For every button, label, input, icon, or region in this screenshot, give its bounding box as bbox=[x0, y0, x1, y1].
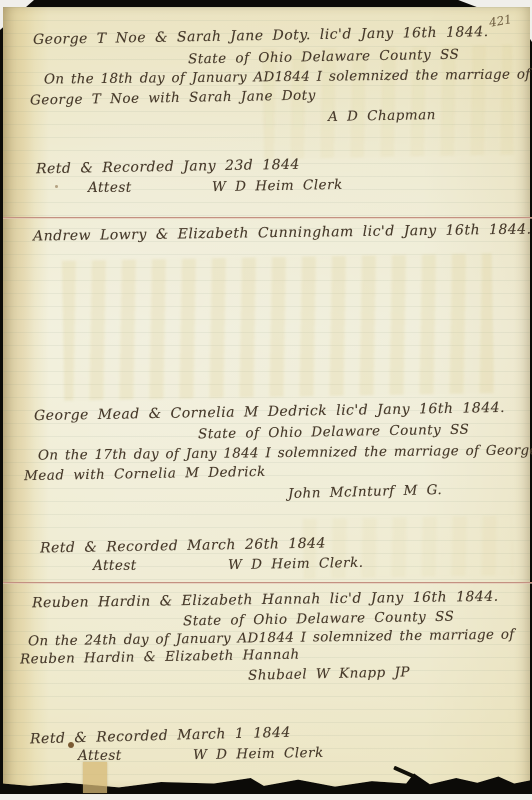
entry-heading: Andrew Lowry & Elizabeth Cunningham lic'… bbox=[33, 222, 532, 245]
entry-heading: George Mead & Cornelia M Dedrick lic'd J… bbox=[34, 400, 505, 424]
attest-label: Attest bbox=[88, 180, 132, 196]
entry-names-line: George T Noe with Sarah Jane Doty bbox=[30, 88, 316, 109]
clerk-signature: W D Heim Clerk bbox=[193, 745, 324, 763]
entry-separator-rule bbox=[3, 582, 532, 584]
ledger-photo: 421 George T Noe & Sarah Jane Doty. lic'… bbox=[0, 0, 532, 800]
entry-names-line: Mead with Cornelia M Dedrick bbox=[24, 464, 266, 484]
entry-solemnized-line: On the 24th day of January AD1844 I sole… bbox=[28, 627, 515, 650]
officiant-signature: A D Chapman bbox=[328, 107, 436, 125]
page-content: 421 George T Noe & Sarah Jane Doty. lic'… bbox=[0, 0, 532, 800]
clerk-signature: W D Heim Clerk. bbox=[228, 555, 364, 573]
entry-heading: George T Noe & Sarah Jane Doty. lic'd Ja… bbox=[33, 24, 489, 48]
officiant-signature: John McInturf M G. bbox=[288, 482, 443, 502]
officiant-signature: Shubael W Knapp JP bbox=[248, 664, 410, 683]
clerk-signature: W D Heim Clerk bbox=[212, 177, 343, 195]
entry-separator-rule bbox=[3, 217, 532, 219]
recorded-line: Retd & Recorded March 26th 1844 bbox=[40, 536, 326, 557]
ink-spot bbox=[55, 185, 58, 188]
entry-state-line: State of Ohio Delaware County SS bbox=[188, 47, 460, 68]
entry-solemnized-line: On the 18th day of January AD1844 I sole… bbox=[44, 66, 531, 87]
attest-label: Attest bbox=[93, 558, 137, 574]
entry-state-line: State of Ohio Delaware County SS bbox=[198, 422, 470, 443]
entry-solemnized-line: On the 17th day of Jany 1844 I solemnize… bbox=[38, 442, 532, 463]
page-number: 421 bbox=[488, 12, 513, 30]
entry-names-line: Reuben Hardin & Elizabeth Hannah bbox=[20, 647, 300, 668]
entry-state-line: State of Ohio Delaware County SS bbox=[183, 609, 455, 630]
recorded-line: Retd & Recorded Jany 23d 1844 bbox=[36, 157, 300, 178]
tape-repair bbox=[83, 762, 107, 793]
entry-heading: Reuben Hardin & Elizabeth Hannah lic'd J… bbox=[32, 589, 499, 612]
ink-spot bbox=[68, 742, 74, 748]
torn-edge-mark bbox=[393, 766, 415, 779]
